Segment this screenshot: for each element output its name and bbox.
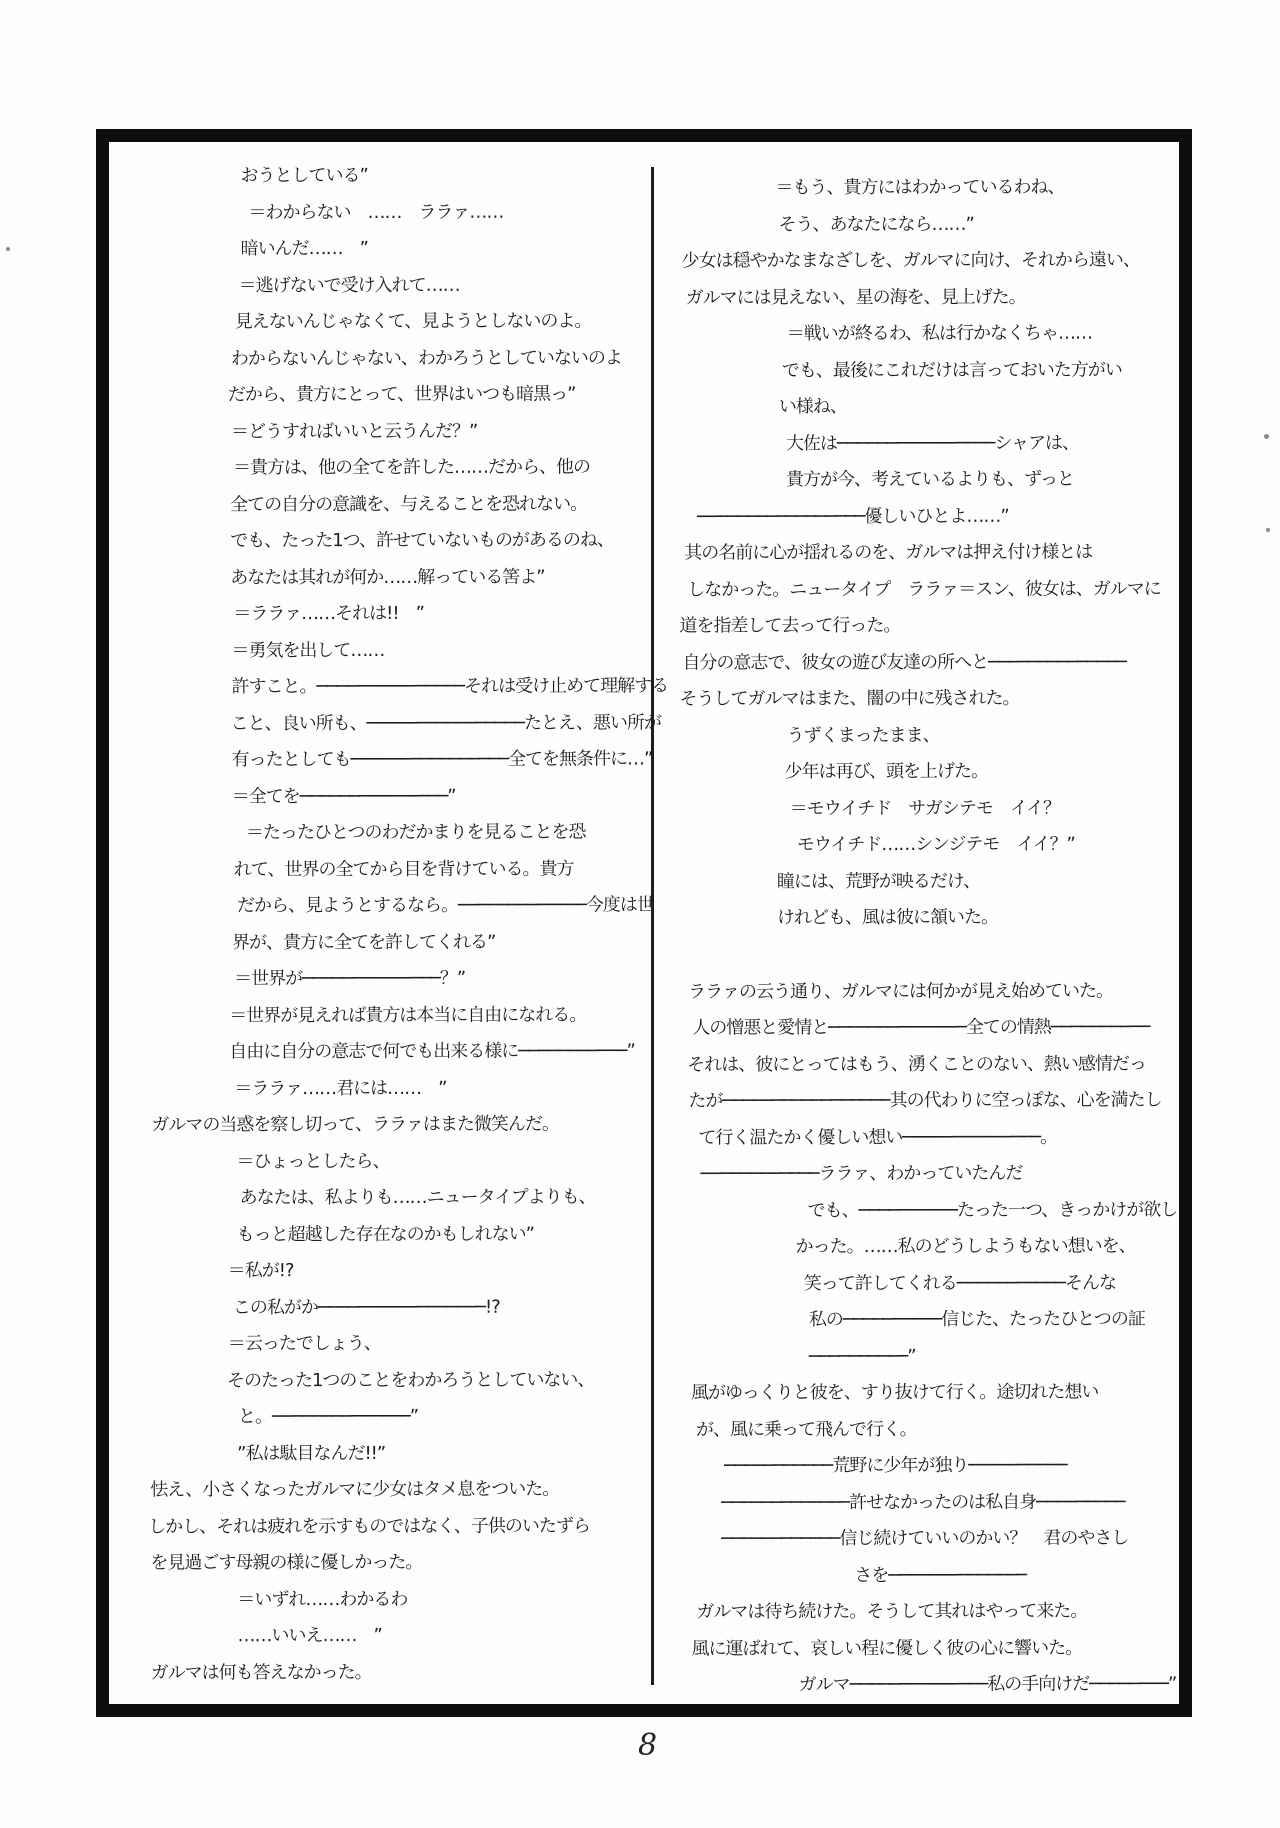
text-line: 笑って許してくれる───────────そんな [661,1265,1179,1303]
text-line: でも、最後にこれだけは言っておいた方がい [659,352,1177,390]
text-line: ────────────信じ続けていいのかい？ 君のやさし [661,1520,1179,1558]
text-line: ────────────ララァ、わかっていたんだ [660,1155,1178,1193]
text-line: 少年は再び、頭を上げた。 [660,753,1178,791]
text-line: あなたは其れが何か……解っている筈よ” [109,559,649,597]
text-line: たが─────────────────其の代わりに空っぽな、心を満たし [660,1082,1178,1120]
text-line: ＝私が!? [111,1252,651,1290]
text-line: でも、たった1つ、許せていないものがあるのね、 [109,522,649,560]
text-line: わからないんじゃない、わかろうとしていないのよ [109,340,649,378]
text-line: おうとしている” [108,157,648,195]
text-line: ＝云ったでしょう、 [111,1325,651,1363]
text-line: でも、──────────たった一つ、きっかけが欲し [661,1192,1179,1230]
text-line: ＝勇気を出して…… [109,632,649,670]
text-line: 自分の意志で、彼女の遊び友達の所へと────────────── [659,644,1177,682]
text-line: うずくまったまま、 [660,717,1178,755]
text-line: ＝逃げないで受け入れて…… [109,267,649,305]
text-line: 貴方が今、考えているよりも、ずっと [659,461,1177,499]
text-line: ＝モウイチド サガシテモ イイ？ [660,790,1178,828]
text-line: 風がゆっくりと彼を、すり抜けて行く。途切れた想い [661,1374,1179,1412]
text-line: ガルマの当惑を察し切って、ララァはまた微笑んだ。 [110,1106,650,1144]
text-line: 其の名前に心が揺れるのを、ガルマは押え付け様とは [659,534,1177,572]
scanned-doujinshi-page: おうとしている”＝わからない …… ララァ……暗いんだ…… ”＝逃げないで受け入… [0,0,1280,1828]
page-number: 8 [638,1728,657,1763]
text-line: けれども、風は彼に頷いた。 [660,899,1178,937]
text-line: 人の憎悪と愛情と──────────────全ての情熱────────── [660,1009,1178,1047]
text-line: しかし、それは疲れを示すものではなく、子供のいたずら [111,1508,651,1546]
scan-speck [1266,528,1270,532]
text-line: ＝どうすればいいと云うんだ？” [109,413,649,451]
text-line: ＝もう、貴方にはわかっているわね、 [658,169,1176,207]
text-line: 少女は穏やかなまなざしを、ガルマに向け、それから遠い、 [659,242,1177,280]
text-line: ガルマは待ち続けた。そうして其れはやって来た。 [661,1593,1179,1631]
text-line: ＝ひょっとしたら、 [110,1143,650,1181]
text-line: 風に運ばれて、哀しい程に優しく彼の心に響いた。 [661,1630,1179,1668]
text-line: ”私は駄目なんだ!!” [111,1435,651,1473]
text-line: 怯え、小さくなったガルマに少女はタメ息をついた。 [111,1471,651,1509]
text-line: ＝貴方は、他の全てを許した……だから、他の [109,449,649,487]
text-line: 許すこと。───────────────それは受け止めて理解する [109,668,649,706]
text-line: れて、世界の全てから目を背けている。貴方 [110,851,650,889]
text-line: 界が、貴方に全てを許してくれる” [110,924,650,962]
text-line: と。──────────────” [111,1398,651,1436]
text-line: それは、彼にとってはもう、湧くことのない、熱い感情だっ [660,1046,1178,1084]
text-line: 瞳には、荒野が映るだけ、 [660,863,1178,901]
text-line: だから、見ようとするなら。─────────────今度は世 [110,887,650,925]
text-line: ＝わからない …… ララァ…… [108,194,648,232]
text-line: ───────────荒野に少年が独り────────── [661,1447,1179,1485]
text-line: さを────────────── [661,1557,1179,1595]
right-text-column: ＝もう、貴方にはわかっているわね、そう、あなたになら……”少女は穏やかなまなざし… [658,169,1179,1704]
text-line: 自由に自分の意志で何でも出来る様に───────────” [110,1033,650,1071]
text-line: ……いいえ…… ” [111,1617,651,1655]
text-line: もっと超越した存在なのかもしれない” [111,1216,651,1254]
text-line: を見過ごす母親の様に優しかった。 [111,1544,651,1582]
text-line: 見えないんじゃなくて、見ようとしないのよ。 [109,303,649,341]
text-line: ララァの云う通り、ガルマには何かが見え始めていた。 [660,973,1178,1011]
scan-speck [6,247,10,251]
text-line: ガルマ──────────────私の手向けだ────────” [662,1666,1180,1704]
text-line: こと、良い所も、────────────────たとえ、悪い所が [110,705,650,743]
text-line: そう、あなたになら……” [658,206,1176,244]
text-line: 道を指差して去って行った。 [659,607,1177,645]
text-line: ＝ララァ……君には…… ” [110,1070,650,1108]
text-line: この私がか─────────────────!? [111,1289,651,1327]
text-line: い様ね、 [659,388,1177,426]
text-line: そのたった1つのことをわかろうとしていない、 [111,1362,651,1400]
text-line: ＝戦いが終るわ、私は行かなくちゃ…… [659,315,1177,353]
scan-speck [1264,434,1269,439]
text-line: かった。……私のどうしようもない想いを、 [661,1228,1179,1266]
text-line: ガルマには見えない、星の海を、見上げた。 [659,279,1177,317]
text-line: ─────────────────優しいひとよ……” [659,498,1177,536]
text-line: ＝世界が見えれば貴方は本当に自由になれる。 [110,997,650,1035]
text-line: 私の──────────信じた、たったひとつの証 [661,1301,1179,1339]
text-line: ガルマは何も答えなかった。 [112,1654,652,1692]
text-line: だから、貴方にとって、世界はいつも暗黒っ” [109,376,649,414]
text-line: しなかった。ニュータイプ ララァ＝スン、彼女は、ガルマに [659,571,1177,609]
text-line: 有ったとしても────────────────全てを無条件に…” [110,741,650,779]
text-line: ─────────────許せなかったのは私自身───────── [661,1484,1179,1522]
text-line: ＝いずれ……わかるわ [111,1581,651,1619]
text-line: 暗いんだ…… ” [109,230,649,268]
text-line: 大佐は────────────────シャアは、 [659,425,1177,463]
text-line: あなたは、私よりも……ニュータイプよりも、 [111,1179,651,1217]
text-line: ＝全てを───────────────” [110,778,650,816]
column-divider-line [651,167,654,1685]
text-line: ＝ララァ……それは!! ” [109,595,649,633]
text-line: モウイチド……シンジテモ イイ？” [660,826,1178,864]
text-line: ──────────” [661,1338,1179,1376]
text-line: そうしてガルマはまた、闇の中に残された。 [659,680,1177,718]
left-text-column: おうとしている”＝わからない …… ララァ……暗いんだ…… ”＝逃げないで受け入… [108,157,651,1691]
text-line: ＝世界が──────────────？” [110,960,650,998]
text-line: が、風に乗って飛んで行く。 [661,1411,1179,1449]
text-line: 全ての自分の意識を、与えることを恐れない。 [109,486,649,524]
text-line: て行く温たかく優しい想い──────────────。 [660,1119,1178,1157]
text-line: ＝たったひとつのわだかまりを見ることを恐 [110,814,650,852]
